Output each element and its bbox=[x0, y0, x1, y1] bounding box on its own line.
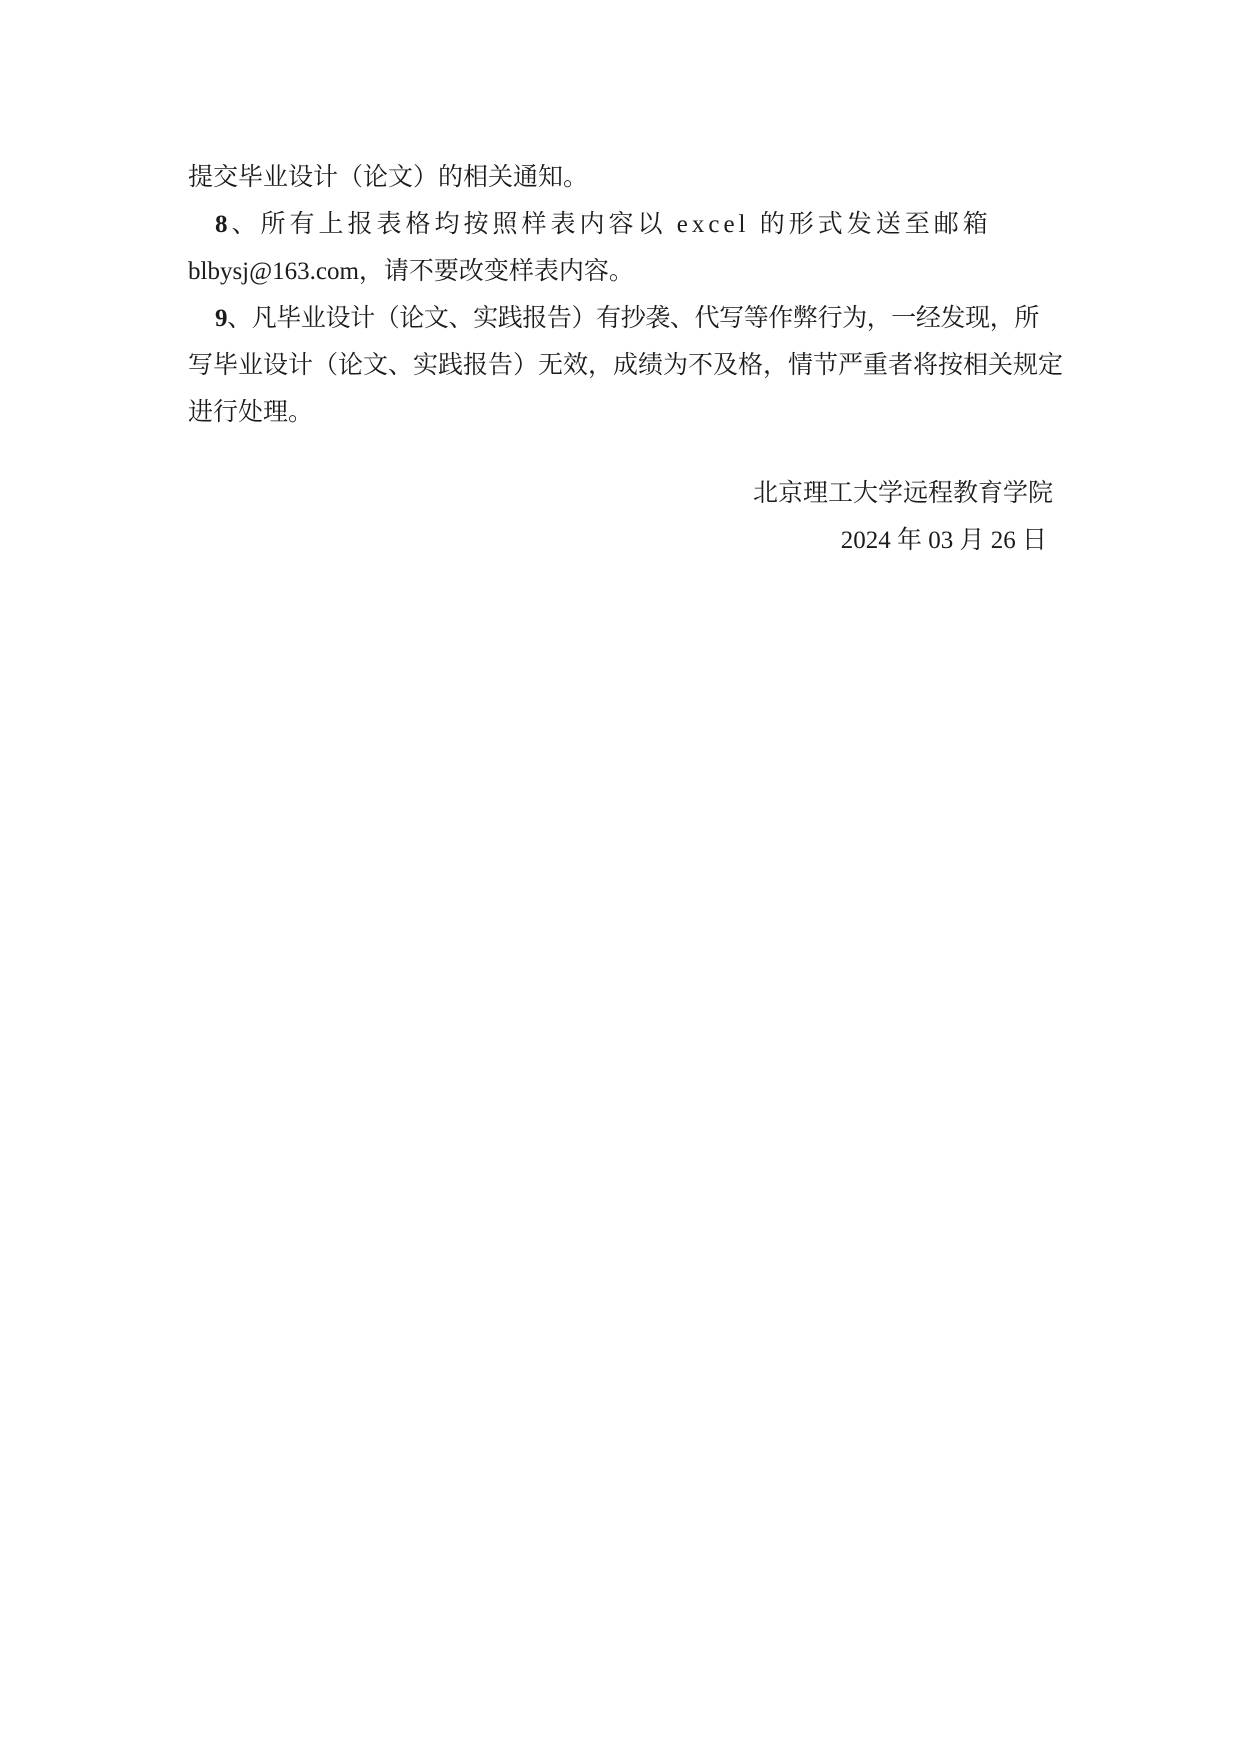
paragraph-line: 9、凡毕业设计（论文、实践报告）有抄袭、代写等作弊行为，一经发现，所 bbox=[188, 295, 1053, 342]
signature-date: 2024 年 03 月 26 日 bbox=[188, 517, 1053, 564]
paragraph-text: 写毕业设计（论文、实践报告）无效，成绩为不及格，情节严重者将按相关规定 bbox=[188, 352, 1063, 379]
signature-organization: 北京理工大学远程教育学院 bbox=[188, 470, 1053, 517]
document-page: 提交毕业设计（论文）的相关通知。 8、所有上报表格均按照样表内容以 excel … bbox=[0, 0, 1241, 1754]
paragraph-line: 进行处理。 bbox=[188, 389, 1053, 436]
list-number: 8 bbox=[215, 211, 232, 238]
paragraph-text: 进行处理。 bbox=[188, 399, 313, 426]
paragraph-text: 提交毕业设计（论文）的相关通知。 bbox=[188, 164, 588, 191]
paragraph-text: blbysj@163.com，请不要改变样表内容。 bbox=[188, 258, 634, 285]
paragraph-line: 写毕业设计（论文、实践报告）无效，成绩为不及格，情节严重者将按相关规定 bbox=[188, 342, 1053, 389]
list-number: 9 bbox=[215, 305, 227, 332]
signature-block: 北京理工大学远程教育学院 2024 年 03 月 26 日 bbox=[188, 470, 1053, 564]
paragraph-line: blbysj@163.com，请不要改变样表内容。 bbox=[188, 248, 1053, 295]
paragraph-line: 提交毕业设计（论文）的相关通知。 bbox=[188, 154, 1053, 201]
paragraph-line: 8、所有上报表格均按照样表内容以 excel 的形式发送至邮箱 bbox=[188, 201, 1053, 248]
document-body: 提交毕业设计（论文）的相关通知。 8、所有上报表格均按照样表内容以 excel … bbox=[188, 154, 1053, 564]
paragraph-text: 、所有上报表格均按照样表内容以 excel 的形式发送至邮箱 bbox=[232, 211, 992, 238]
paragraph-text: 、凡毕业设计（论文、实践报告）有抄袭、代写等作弊行为，一经发现，所 bbox=[227, 305, 1039, 332]
